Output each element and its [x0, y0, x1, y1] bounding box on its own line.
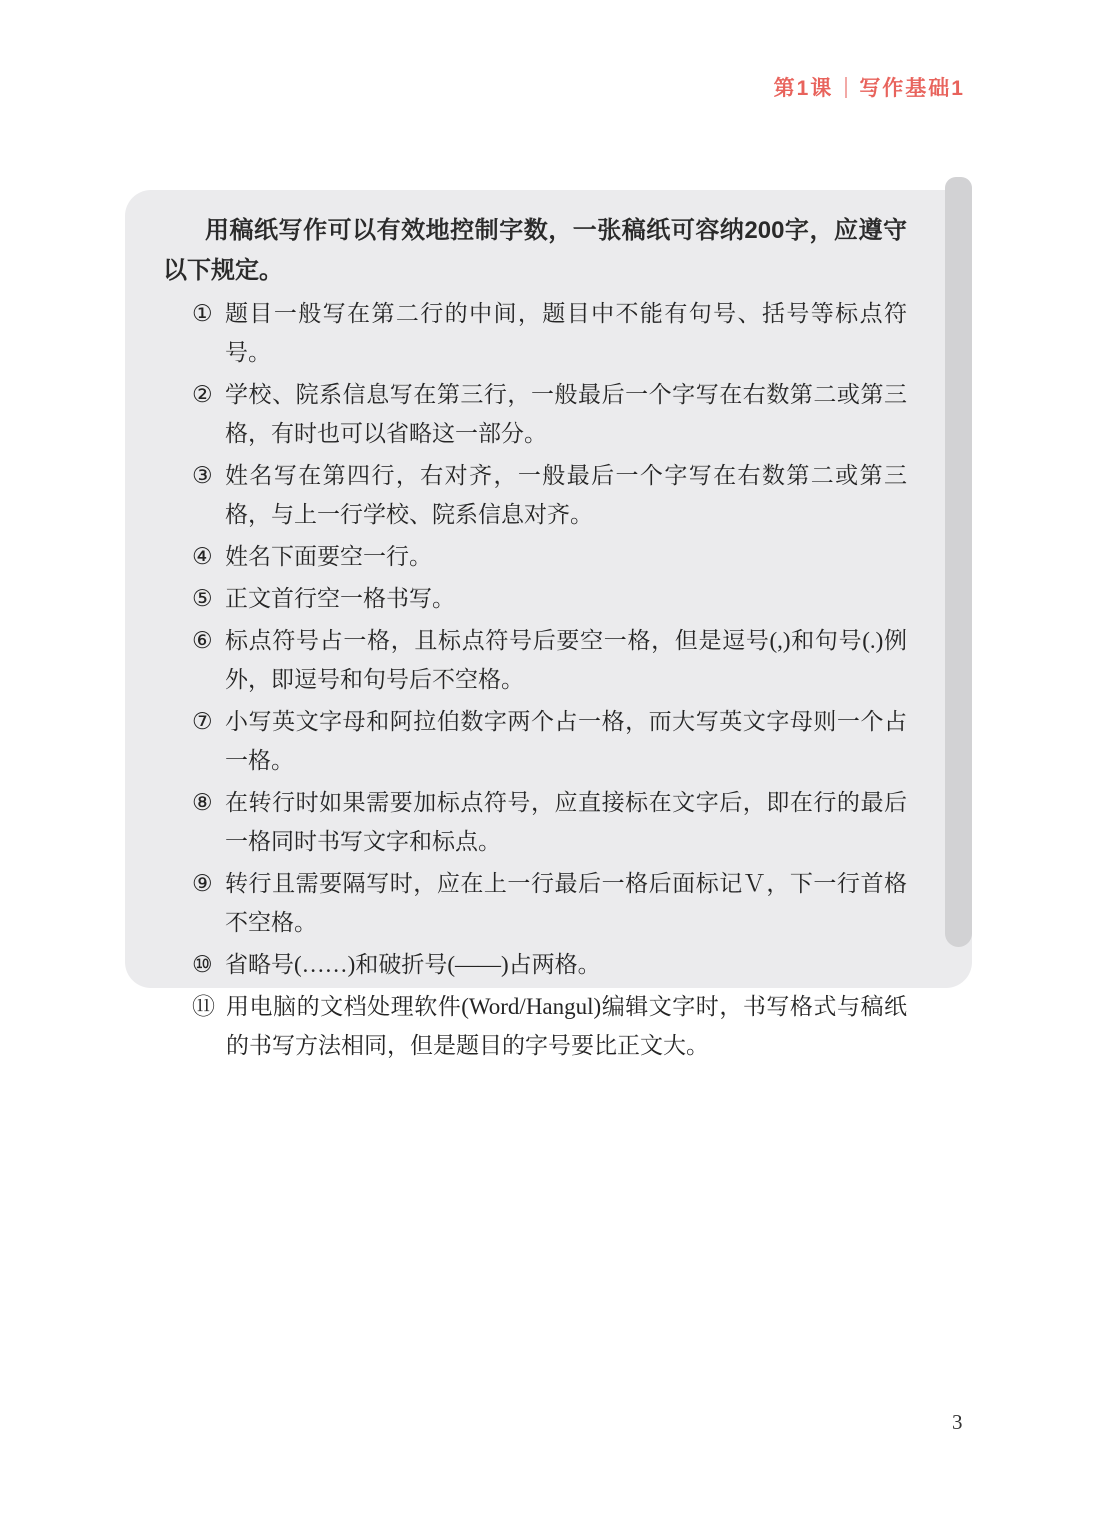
rule-text: 在转行时如果需要加标点符号，应直接标在文字后，即在行的最后一格同时书写文字和标点… — [225, 783, 907, 861]
rule-text: 姓名写在第四行，右对齐，一般最后一个字写在右数第二或第三格，与上一行学校、院系信… — [225, 456, 907, 534]
rule-text: 转行且需要隔写时，应在上一行最后一格后面标记Ｖ，下一行首格不空格。 — [225, 864, 907, 942]
rule-item: ⑪ 用电脑的文档处理软件(Word/Hangul)编辑文字时，书写格式与稿纸的书… — [192, 987, 907, 1065]
rule-text: 标点符号占一格，且标点符号后要空一格，但是逗号(,)和句号(.)例外，即逗号和句… — [225, 621, 907, 699]
rule-text: 小写英文字母和阿拉伯数字两个占一格，而大写英文字母则一个占一格。 — [225, 702, 907, 780]
rule-text: 姓名下面要空一行。 — [225, 537, 907, 576]
rule-item: ⑥ 标点符号占一格，且标点符号后要空一格，但是逗号(,)和句号(.)例外，即逗号… — [192, 621, 907, 699]
rule-number: ① — [192, 294, 214, 333]
rule-item: ⑩ 省略号(……)和破折号(——)占两格。 — [192, 945, 907, 984]
rule-text: 用电脑的文档处理软件(Word/Hangul)编辑文字时，书写格式与稿纸的书写方… — [226, 987, 907, 1065]
rule-number: ② — [192, 375, 214, 414]
note-box: 用稿纸写作可以有效地控制字数，一张稿纸可容纳200字，应遵守以下规定。 ① 题目… — [125, 190, 972, 988]
rule-number: ⑨ — [192, 864, 214, 903]
rule-number: ⑩ — [192, 945, 214, 984]
rule-number: ④ — [192, 537, 214, 576]
rule-text: 题目一般写在第二行的中间，题目中不能有句号、括号等标点符号。 — [225, 294, 907, 372]
intro-paragraph: 用稿纸写作可以有效地控制字数，一张稿纸可容纳200字，应遵守以下规定。 — [163, 211, 907, 291]
rule-number: ⑧ — [192, 783, 214, 822]
rule-item: ③ 姓名写在第四行，右对齐，一般最后一个字写在右数第二或第三格，与上一行学校、院… — [192, 456, 907, 534]
rule-item: ② 学校、院系信息写在第三行，一般最后一个字写在右数第二或第三格，有时也可以省略… — [192, 375, 907, 453]
page-number: 3 — [952, 1410, 963, 1435]
rule-item: ⑤ 正文首行空一格书写。 — [192, 579, 907, 618]
rule-item: ⑨ 转行且需要隔写时，应在上一行最后一格后面标记Ｖ，下一行首格不空格。 — [192, 864, 907, 942]
rule-number: ⑥ — [192, 621, 214, 660]
rule-number: ⑦ — [192, 702, 214, 741]
rule-number: ⑪ — [192, 987, 215, 1026]
header-lesson-label: 第1课 — [774, 72, 834, 102]
rule-text: 学校、院系信息写在第三行，一般最后一个字写在右数第二或第三格，有时也可以省略这一… — [225, 375, 907, 453]
rule-item: ① 题目一般写在第二行的中间，题目中不能有句号、括号等标点符号。 — [192, 294, 907, 372]
page-header: 第1课 写作基础1 — [774, 72, 965, 102]
rule-number: ③ — [192, 456, 214, 495]
rules-list: ① 题目一般写在第二行的中间，题目中不能有句号、括号等标点符号。 ② 学校、院系… — [163, 294, 907, 1065]
rule-item: ⑦ 小写英文字母和阿拉伯数字两个占一格，而大写英文字母则一个占一格。 — [192, 702, 907, 780]
note-tab-decoration — [945, 177, 972, 947]
rule-item: ④ 姓名下面要空一行。 — [192, 537, 907, 576]
rule-item: ⑧ 在转行时如果需要加标点符号，应直接标在文字后，即在行的最后一格同时书写文字和… — [192, 783, 907, 861]
document-page: { "header": { "lesson": "第1课", "title": … — [0, 0, 1097, 1523]
header-divider — [845, 77, 847, 98]
rule-text: 正文首行空一格书写。 — [225, 579, 907, 618]
rule-text: 省略号(……)和破折号(——)占两格。 — [225, 945, 907, 984]
header-section-title: 写作基础1 — [859, 72, 965, 102]
rule-number: ⑤ — [192, 579, 214, 618]
